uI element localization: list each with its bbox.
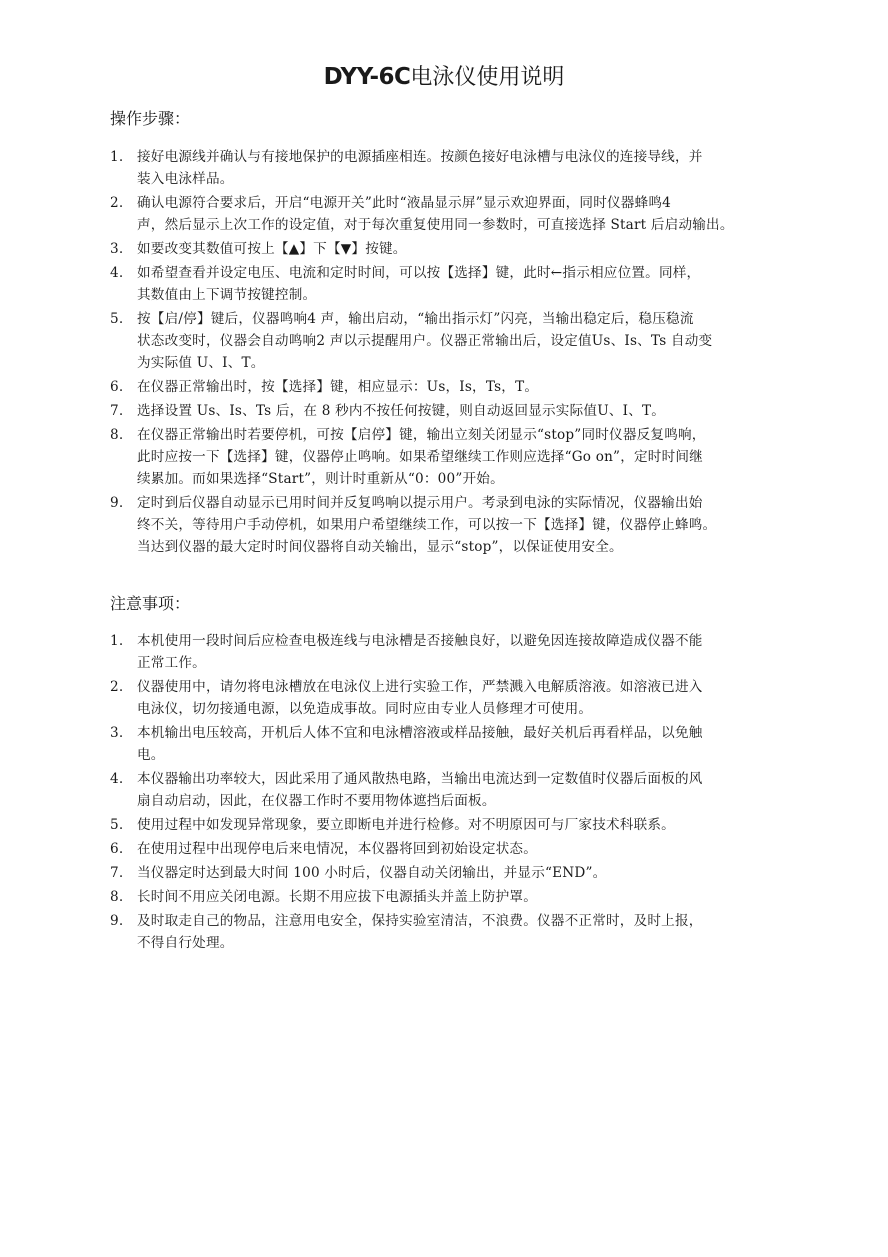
item-text-line: 接好电源线并确认与有接地保护的电源插座相连。按颜色接好电泳槽与电泳仪的连接导线，…	[137, 146, 800, 168]
list-item: 4. 如希望查看并设定电压、电流和定时时间，可以按【选择】键，此时←指示相应位置…	[110, 262, 800, 306]
list-item: 5. 按【启/停】键后，仪器鸣响4 声，输出启动，“输出指示灯”闪亮，当输出稳定…	[110, 308, 800, 374]
item-number: 2.	[110, 676, 123, 698]
item-text-line: 当达到仪器的最大定时时间仪器将自动关输出，显示“stop”，以保证使用安全。	[137, 536, 800, 558]
item-text-line: 本机输出电压较高，开机后人体不宜和电泳槽溶液或样品接触，最好关机后再看样品，以免…	[137, 722, 800, 744]
operating-steps-list: 1. 接好电源线并确认与有接地保护的电源插座相连。按颜色接好电泳槽与电泳仪的连接…	[110, 146, 800, 560]
document-title: DYY-6C电泳仪使用说明	[0, 60, 888, 95]
list-item: 8. 在仪器正常输出时若要停机，可按【启停】键，输出立刻关闭显示“stop”同时…	[110, 424, 800, 490]
item-text-line: 电泳仪，切勿接通电源，以免造成事故。同时应由专业人员修理才可使用。	[137, 698, 800, 720]
item-number: 4.	[110, 768, 123, 790]
item-number: 1.	[110, 146, 123, 168]
list-item: 5. 使用过程中如发现异常现象，要立即断电并进行检修。对不明原因可与厂家技术科联…	[110, 814, 800, 836]
item-text-line: 声，然后显示上次工作的设定值，对于每次重复使用同一参数时，可直接选择 Start…	[137, 214, 800, 236]
item-text-line: 如要改变其数值可按上【▲】下【▼】按键。	[137, 238, 800, 260]
item-number: 2.	[110, 192, 123, 214]
item-text-line: 装入电泳样品。	[137, 168, 800, 190]
section-heading-precautions: 注意事项：	[110, 592, 190, 616]
item-text-line: 仪器使用中，请勿将电泳槽放在电泳仪上进行实验工作，严禁溅入电解质溶液。如溶液已进…	[137, 676, 800, 698]
item-text-line: 定时到后仪器自动显示已用时间并反复鸣响以提示用户。考录到电泳的实际情况，仪器输出…	[137, 492, 800, 514]
item-text-line: 如希望查看并设定电压、电流和定时时间，可以按【选择】键，此时←指示相应位置。同样…	[137, 262, 800, 284]
item-text-line: 其数值由上下调节按键控制。	[137, 284, 800, 306]
item-number: 6.	[110, 376, 123, 398]
list-item: 9. 定时到后仪器自动显示已用时间并反复鸣响以提示用户。考录到电泳的实际情况，仪…	[110, 492, 800, 558]
document-page: DYY-6C电泳仪使用说明 操作步骤： 1. 接好电源线并确认与有接地保护的电源…	[0, 0, 888, 1257]
item-text-line: 续累加。而如果选择“Start”，则计时重新从“0：00”开始。	[137, 468, 800, 490]
title-name: 电泳仪使用说明	[410, 65, 564, 90]
item-text-line: 终不关，等待用户手动停机，如果用户希望继续工作，可以按一下【选择】键，仪器停止蜂…	[137, 514, 800, 536]
list-item: 4. 本仪器输出功率较大，因此采用了通风散热电路，当输出电流达到一定数值时仪器后…	[110, 768, 800, 812]
item-number: 8.	[110, 424, 123, 446]
list-item: 8. 长时间不用应关闭电源。长期不用应拔下电源插头并盖上防护罩。	[110, 886, 800, 908]
item-number: 3.	[110, 238, 123, 260]
item-text-line: 正常工作。	[137, 652, 800, 674]
item-text-line: 确认电源符合要求后，开启“电源开关”此时“液晶显示屏”显示欢迎界面，同时仪器蜂鸣…	[137, 192, 800, 214]
precautions-list: 1. 本机使用一段时间后应检查电极连线与电泳槽是否接触良好，以避免因连接故障造成…	[110, 630, 800, 956]
item-number: 5.	[110, 814, 123, 836]
item-number: 7.	[110, 862, 123, 884]
list-item: 3. 本机输出电压较高，开机后人体不宜和电泳槽溶液或样品接触，最好关机后再看样品…	[110, 722, 800, 766]
item-text-line: 状态改变时，仪器会自动鸣响2 声以示提醒用户。仪器正常输出后，设定值Us、Is、…	[137, 330, 800, 352]
list-item: 3. 如要改变其数值可按上【▲】下【▼】按键。	[110, 238, 800, 260]
item-number: 4.	[110, 262, 123, 284]
item-number: 9.	[110, 492, 123, 514]
list-item: 2. 仪器使用中，请勿将电泳槽放在电泳仪上进行实验工作，严禁溅入电解质溶液。如溶…	[110, 676, 800, 720]
item-number: 8.	[110, 886, 123, 908]
item-text-line: 按【启/停】键后，仪器鸣响4 声，输出启动，“输出指示灯”闪亮，当输出稳定后，稳…	[137, 308, 800, 330]
item-text-line: 扇自动启动，因此，在仪器工作时不要用物体遮挡后面板。	[137, 790, 800, 812]
item-text-line: 此时应按一下【选择】键，仪器停止鸣响。如果希望继续工作则应选择“Go on”，定…	[137, 446, 800, 468]
item-text-line: 本仪器输出功率较大，因此采用了通风散热电路，当输出电流达到一定数值时仪器后面板的…	[137, 768, 800, 790]
item-number: 1.	[110, 630, 123, 652]
item-number: 9.	[110, 910, 123, 932]
item-number: 6.	[110, 838, 123, 860]
item-text-line: 选择设置 Us、Is、Ts 后，在 8 秒内不按任何按键，则自动返回显示实际值U…	[137, 400, 800, 422]
item-number: 5.	[110, 308, 123, 330]
item-text-line: 及时取走自己的物品，注意用电安全，保持实验室清洁，不浪费。仪器不正常时，及时上报…	[137, 910, 800, 932]
list-item: 6. 在使用过程中出现停电后来电情况，本仪器将回到初始设定状态。	[110, 838, 800, 860]
list-item: 7. 当仪器定时达到最大时间 100 小时后，仪器自动关闭输出，并显示“END”…	[110, 862, 800, 884]
item-text-line: 使用过程中如发现异常现象，要立即断电并进行检修。对不明原因可与厂家技术科联系。	[137, 814, 800, 836]
title-model: DYY-6C	[324, 64, 411, 90]
list-item: 2. 确认电源符合要求后，开启“电源开关”此时“液晶显示屏”显示欢迎界面，同时仪…	[110, 192, 800, 236]
item-text-line: 在仪器正常输出时若要停机，可按【启停】键，输出立刻关闭显示“stop”同时仪器反…	[137, 424, 800, 446]
item-text-line: 电。	[137, 744, 800, 766]
section-heading-operating-steps: 操作步骤：	[110, 107, 190, 131]
item-text-line: 在仪器正常输出时，按【选择】键，相应显示：Us，Is，Ts，T。	[137, 376, 800, 398]
item-text-line: 长时间不用应关闭电源。长期不用应拔下电源插头并盖上防护罩。	[137, 886, 800, 908]
list-item: 6. 在仪器正常输出时，按【选择】键，相应显示：Us，Is，Ts，T。	[110, 376, 800, 398]
item-number: 3.	[110, 722, 123, 744]
list-item: 1. 本机使用一段时间后应检查电极连线与电泳槽是否接触良好，以避免因连接故障造成…	[110, 630, 800, 674]
item-text-line: 本机使用一段时间后应检查电极连线与电泳槽是否接触良好，以避免因连接故障造成仪器不…	[137, 630, 800, 652]
item-text-line: 当仪器定时达到最大时间 100 小时后，仪器自动关闭输出，并显示“END”。	[137, 862, 800, 884]
item-text-line: 为实际值 U、I、T。	[137, 352, 800, 374]
list-item: 7. 选择设置 Us、Is、Ts 后，在 8 秒内不按任何按键，则自动返回显示实…	[110, 400, 800, 422]
item-number: 7.	[110, 400, 123, 422]
list-item: 9. 及时取走自己的物品，注意用电安全，保持实验室清洁，不浪费。仪器不正常时，及…	[110, 910, 800, 954]
item-text-line: 不得自行处理。	[137, 932, 800, 954]
item-text-line: 在使用过程中出现停电后来电情况，本仪器将回到初始设定状态。	[137, 838, 800, 860]
list-item: 1. 接好电源线并确认与有接地保护的电源插座相连。按颜色接好电泳槽与电泳仪的连接…	[110, 146, 800, 190]
